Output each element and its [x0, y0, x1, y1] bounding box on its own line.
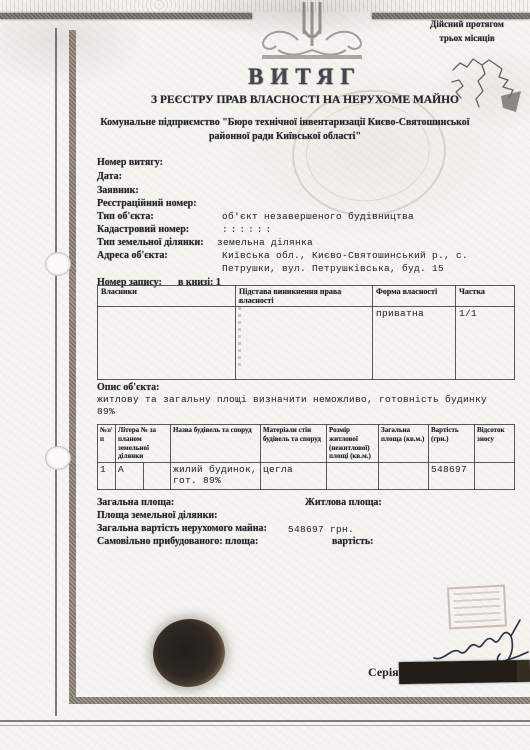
- description-label: Опис об'єкта:: [97, 382, 159, 393]
- page-edge-line: [0, 720, 530, 722]
- field-cadastral-number-value: ::::::: [222, 224, 274, 235]
- buildings-col-wear: Відсоток зносу: [475, 425, 515, 463]
- owners-cell-owners: [98, 307, 236, 380]
- owners-col-basis: Підстава виникнення права власності: [236, 286, 373, 307]
- buildings-cell-letter: А: [116, 463, 144, 490]
- owners-col-form: Форма власності: [373, 286, 456, 307]
- summary-living-area-label: Житлова площа:: [305, 497, 382, 508]
- buildings-cell-wear: [475, 463, 515, 490]
- buildings-table: №з/п Літера № за планом земельної ділянк…: [97, 424, 515, 490]
- summary-land-area-label: Площа земельної ділянки:: [97, 510, 217, 521]
- field-address-value-line2: Петрушки, вул. Петрушківська, буд. 15: [222, 263, 444, 274]
- border-frame-bottom: [69, 697, 530, 704]
- validity-note: Дійсний протягом трьох місяців: [413, 18, 521, 45]
- page-subtitle: З РЕЄСТРУ ПРАВ ВЛАСНОСТІ НА НЕРУХОМЕ МАЙ…: [95, 94, 515, 106]
- border-ornament-top-left: [0, 13, 252, 19]
- seria-label: Серія: [368, 665, 399, 680]
- validity-line2: трьох місяців: [413, 32, 521, 46]
- validity-line1: Дійсний протягом: [413, 18, 521, 32]
- buildings-cell-size: [327, 463, 379, 490]
- punch-hole-top: [45, 252, 71, 276]
- summary-total-value: 548697 грн.: [288, 524, 354, 535]
- owners-cell-share: 1/1: [456, 307, 515, 380]
- field-registration-number-label: Реєстраційний номер:: [97, 198, 197, 209]
- field-address-label: Адреса об'єкта:: [97, 250, 168, 261]
- owners-cell-basis: [236, 307, 373, 380]
- page-edge-line-2: [0, 725, 530, 726]
- buildings-col-size: Розмір житлової (нежитлової) площі (кв.м…: [327, 425, 379, 463]
- buildings-table-header-row: №з/п Літера № за планом земельної ділянк…: [98, 425, 515, 463]
- faint-round-stamp-inner: [301, 97, 435, 207]
- punch-hole-bottom: [45, 446, 71, 470]
- buildings-col-total-area: Загальна площа (кв.м.): [379, 425, 429, 463]
- buildings-col-letter: Літера № за планом земельної ділянки: [116, 425, 171, 463]
- field-date-label: Дата:: [97, 171, 122, 182]
- coat-of-arms-icon: [248, 0, 376, 62]
- owners-col-share: Частка: [456, 286, 515, 307]
- field-extract-number-label: Номер витягу:: [97, 157, 163, 168]
- field-object-type-label: Тип об'єкта:: [97, 211, 154, 222]
- owners-table-row: приватна 1/1: [98, 307, 515, 380]
- buildings-col-name: Назва будівель та споруд: [171, 425, 261, 463]
- owners-cell-form: приватна: [373, 307, 456, 380]
- buildings-cell-letter2: [144, 463, 171, 490]
- description-line2: 89%: [97, 406, 115, 417]
- owners-col-owners: Власники: [98, 286, 236, 307]
- description-line1: житлову та загальну площі визначити немо…: [97, 394, 487, 405]
- field-applicant-label: Заявник:: [97, 185, 139, 196]
- summary-unauthorized-label: Самовільно прибудованого: площа:: [97, 536, 258, 547]
- scanned-document: Дійсний протягом трьох місяців ВИТЯГ З Р…: [0, 0, 530, 750]
- summary-total-value-label: Загальна вартість нерухомого майна:: [97, 523, 267, 534]
- buildings-col-value: Вартість (грн.): [429, 425, 475, 463]
- buildings-table-row: 1 А жилий будинок, гот. 89% цегла 548697: [98, 463, 515, 490]
- summary-total-area-label: Загальна площа:: [97, 497, 174, 508]
- field-land-type-label: Тип земельної ділянки:: [97, 237, 204, 248]
- scan-artifact: [238, 300, 241, 366]
- buildings-cell-num: 1: [98, 463, 116, 490]
- page-title: ВИТЯГ: [95, 64, 515, 90]
- buildings-cell-materials: цегла: [261, 463, 327, 490]
- field-address-value-line1: Київська обл., Києво-Святошинський р., с…: [222, 250, 468, 261]
- summary-unauthorized-value-label: вартість:: [332, 536, 374, 547]
- buildings-col-materials: Матеріали стін будівель та споруд: [261, 425, 327, 463]
- buildings-cell-name: жилий будинок, гот. 89%: [171, 463, 261, 490]
- issuer-name-line2: районної ради Київської області": [55, 131, 515, 142]
- field-object-type-value: об'єкт незавершеного будівництва: [222, 211, 414, 222]
- buildings-cell-total-area: [379, 463, 429, 490]
- field-cadastral-number-label: Кадастровий номер:: [97, 224, 189, 235]
- round-seal: [149, 614, 230, 691]
- serial-redaction-bar: [399, 660, 530, 684]
- field-land-type-value: земельна ділянка: [217, 237, 313, 248]
- buildings-cell-value: 548697: [429, 463, 475, 490]
- owners-table-header-row: Власники Підстава виникнення права власн…: [98, 286, 515, 307]
- buildings-col-num: №з/п: [98, 425, 116, 463]
- issuer-name-line1: Комунальне підприємство "Бюро технічної …: [55, 117, 515, 128]
- owners-table: Власники Підстава виникнення права власн…: [97, 285, 515, 380]
